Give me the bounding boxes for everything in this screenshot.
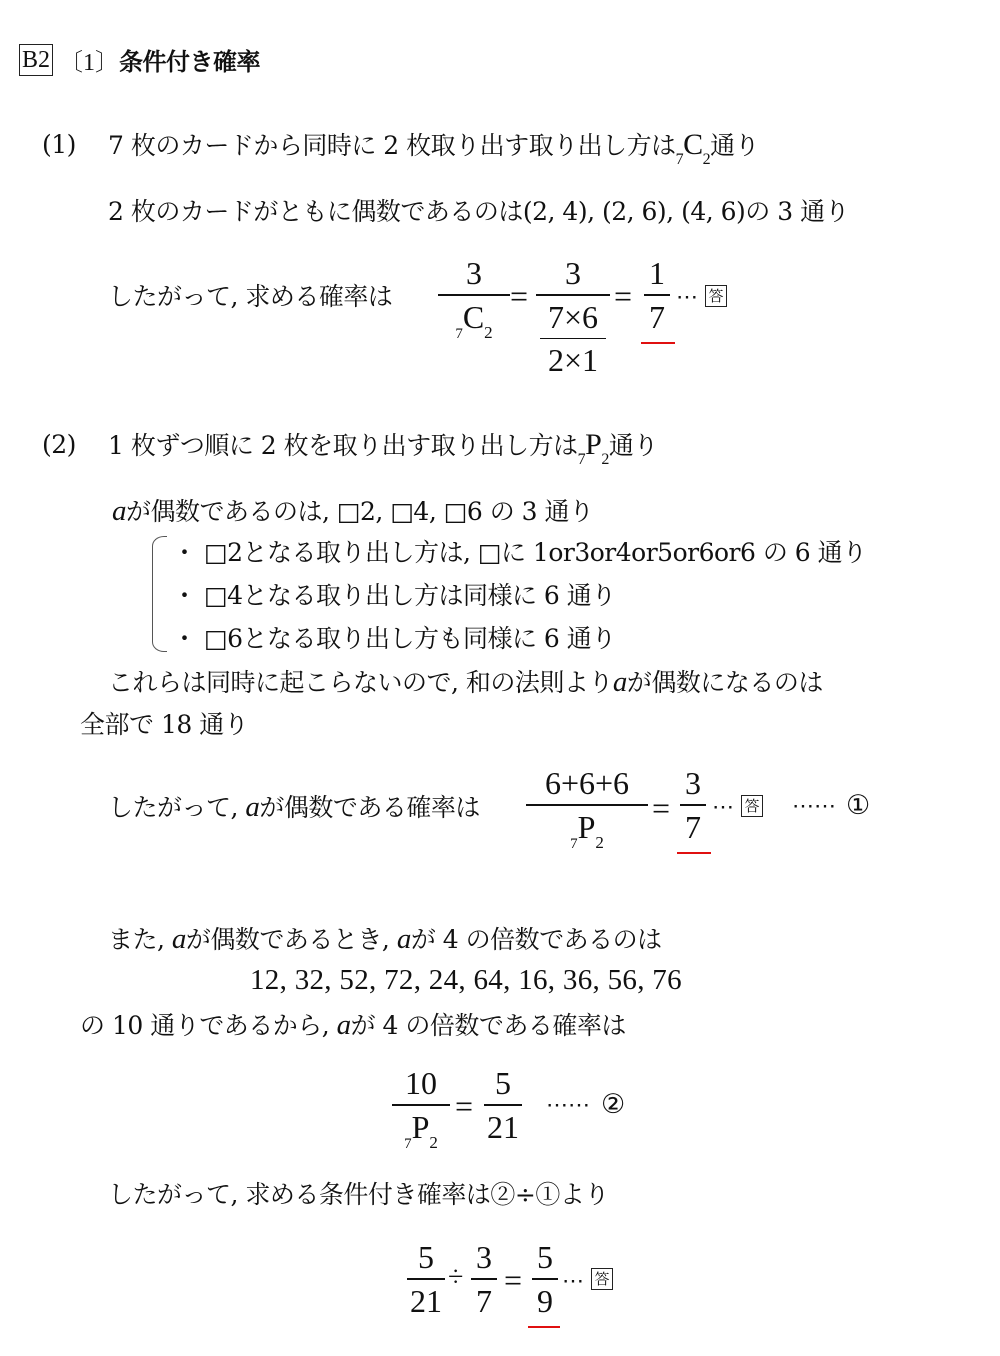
part1-line3: したがって, 求める確率は: [108, 282, 392, 312]
variable-a: a: [172, 923, 186, 955]
denominator: 7: [649, 296, 665, 338]
perm-n: 7: [578, 451, 586, 468]
denominator: 7P2: [570, 806, 604, 855]
problem-id-box: B2: [19, 44, 53, 76]
perm-7p2: 7P2: [578, 433, 609, 460]
equals-sign: =: [504, 1262, 522, 1299]
mult4-line: また, aが偶数であるとき, aが 4 の倍数であるのは: [108, 924, 662, 955]
denominator: 21: [410, 1280, 442, 1322]
problem-header: B2 〔1〕 条件付き確率: [19, 42, 260, 77]
sum-rule-suffix: が偶数になるのは: [627, 668, 823, 697]
part2-line1-suffix: 通り: [609, 431, 658, 460]
reference-dots: ⋯⋯: [792, 793, 836, 819]
mult4-count-suffix: が 4 の倍数である確率は: [351, 1011, 626, 1040]
answer-mark-icon: 答: [741, 795, 763, 817]
part1-line1: 7 枚のカードから同時に 2 枚取り出す取り出し方は7C2通り: [108, 130, 759, 165]
equals-sign: =: [652, 790, 670, 827]
fraction-1-over-7: 1 7: [644, 252, 670, 338]
comb-r: 2: [484, 323, 493, 342]
mult4-suffix: が 4 の倍数であるのは: [411, 925, 662, 954]
equals-sign: =: [614, 278, 632, 315]
perm-r: 2: [595, 833, 604, 852]
variable-a: a: [245, 791, 259, 823]
variable-a: a: [613, 666, 627, 698]
bullet-item: ・ □2となる取り出し方は, □に 1or3or4or5or6or6 の 6 通…: [172, 538, 867, 568]
ellipsis: ⋯: [676, 284, 698, 310]
equals-sign: =: [455, 1088, 473, 1125]
perm-n: 7: [404, 1136, 412, 1152]
mult4-count-line: の 10 通りであるから, aが 4 の倍数である確率は: [80, 1010, 626, 1041]
variable-a: a: [337, 1009, 351, 1041]
perm-n: 7: [570, 836, 578, 852]
prob-even-line: したがって, aが偶数である確率は: [108, 792, 480, 823]
perm-symbol: P: [578, 809, 596, 845]
perm-symbol: P: [412, 1109, 430, 1145]
comb-symbol: C: [683, 128, 703, 161]
fraction-5-over-9: 5 9: [532, 1236, 558, 1322]
sum-rule-line: これらは同時に起こらないので, 和の法則よりaが偶数になるのは: [108, 667, 823, 698]
numerator: 3: [565, 252, 581, 294]
fraction-3-over-7: 3 7: [471, 1236, 497, 1322]
part2-line1: 1 枚ずつ順に 2 枚を取り出す取り出し方は7P2通り: [108, 430, 658, 465]
numerator: 3: [685, 762, 701, 804]
comb-r: 2: [703, 151, 711, 168]
inner-denominator: 2×1: [548, 339, 598, 381]
numerator: 1: [649, 252, 665, 294]
numerator: 10: [405, 1062, 437, 1104]
conditional-line: したがって, 求める条件付き確率は②÷①より: [108, 1180, 609, 1210]
denominator: 7: [476, 1280, 492, 1322]
answer-mark-icon: 答: [591, 1268, 613, 1290]
left-brace: [152, 536, 167, 652]
fraction-3-over-7x6-2x1: 3 7×6 2×1: [536, 252, 610, 381]
part1-line1-suffix: 通り: [710, 131, 759, 160]
comb-7c2: 7C2: [676, 133, 711, 160]
denominator: 21: [487, 1106, 519, 1148]
part1-label: (1): [42, 130, 76, 160]
fraction-sum-over-7p2: 6+6+6 7P2: [526, 762, 648, 855]
prob-even-suffix: が偶数である確率は: [259, 793, 480, 822]
section-title: 条件付き確率: [119, 42, 260, 77]
reference-circle-1: ①: [846, 790, 870, 821]
denominator: 7: [685, 806, 701, 848]
fraction-3-over-7: 3 7: [680, 762, 706, 848]
numerator: 5: [537, 1236, 553, 1278]
reference-dots: ⋯⋯: [546, 1092, 590, 1118]
answer-mark-icon: 答: [705, 285, 727, 307]
numerator: 6+6+6: [545, 762, 629, 804]
answer-underline: [528, 1326, 560, 1328]
part2-label: (2): [42, 430, 76, 460]
comb-n: 7: [455, 326, 463, 342]
denominator: 9: [537, 1280, 553, 1322]
denominator: 7C2: [455, 296, 492, 345]
comb-symbol: C: [463, 299, 484, 335]
mult4-count-text: の 10 通りであるから,: [80, 1011, 329, 1040]
part2-line2: aが偶数であるのは, □2, □4, □6 の 3 通り: [112, 496, 594, 527]
bullet-item: ・ □4となる取り出し方は同様に 6 通り: [172, 581, 616, 611]
fraction-10-over-7p2: 10 7P2: [392, 1062, 450, 1155]
fraction-5-over-21: 5 21: [407, 1236, 445, 1322]
inner-numerator: 7×6: [548, 296, 598, 338]
mult4-text: また,: [108, 925, 164, 954]
total-line: 全部で 18 通り: [80, 710, 248, 740]
numerator: 5: [495, 1062, 511, 1104]
part1-line1-text: 7 枚のカードから同時に 2 枚取り出す取り出し方は: [108, 131, 676, 160]
numerator: 5: [418, 1236, 434, 1278]
part2-line2-text: が偶数であるのは, □2, □4, □6 の 3 通り: [126, 497, 594, 526]
variable-a: a: [397, 923, 411, 955]
ellipsis: ⋯: [712, 794, 734, 820]
perm-r: 2: [601, 451, 609, 468]
part2-line1-text: 1 枚ずつ順に 2 枚を取り出す取り出し方は: [108, 431, 578, 460]
fraction-5-over-21: 5 21: [484, 1062, 522, 1148]
ellipsis: ⋯: [562, 1268, 584, 1294]
reference-circle-2: ②: [601, 1089, 625, 1120]
mult4-mid: が偶数であるとき,: [186, 925, 389, 954]
perm-r: 2: [429, 1133, 438, 1152]
comb-n: 7: [676, 151, 684, 168]
denominator: 7P2: [404, 1106, 438, 1155]
sum-rule-text: これらは同時に起こらないので, 和の法則より: [108, 668, 613, 697]
fraction-3-over-7c2: 3 7C2: [438, 252, 510, 345]
perm-symbol: P: [585, 428, 601, 461]
bullet-item: ・ □6となる取り出し方も同様に 6 通り: [172, 624, 616, 654]
equals-sign: =: [510, 278, 528, 315]
variable-a: a: [112, 495, 126, 527]
prob-even-text: したがって,: [108, 793, 238, 822]
numerator: 3: [476, 1236, 492, 1278]
section-number: 〔1〕: [59, 42, 119, 77]
answer-underline: [677, 852, 711, 854]
answer-underline: [641, 342, 675, 344]
mult4-list: 12, 32, 52, 72, 24, 64, 16, 36, 56, 76: [250, 964, 682, 997]
division-sign: ÷: [448, 1262, 463, 1294]
numerator: 3: [466, 252, 482, 294]
part1-line2: 2 枚のカードがともに偶数であるのは(2, 4), (2, 6), (4, 6)…: [108, 197, 849, 227]
